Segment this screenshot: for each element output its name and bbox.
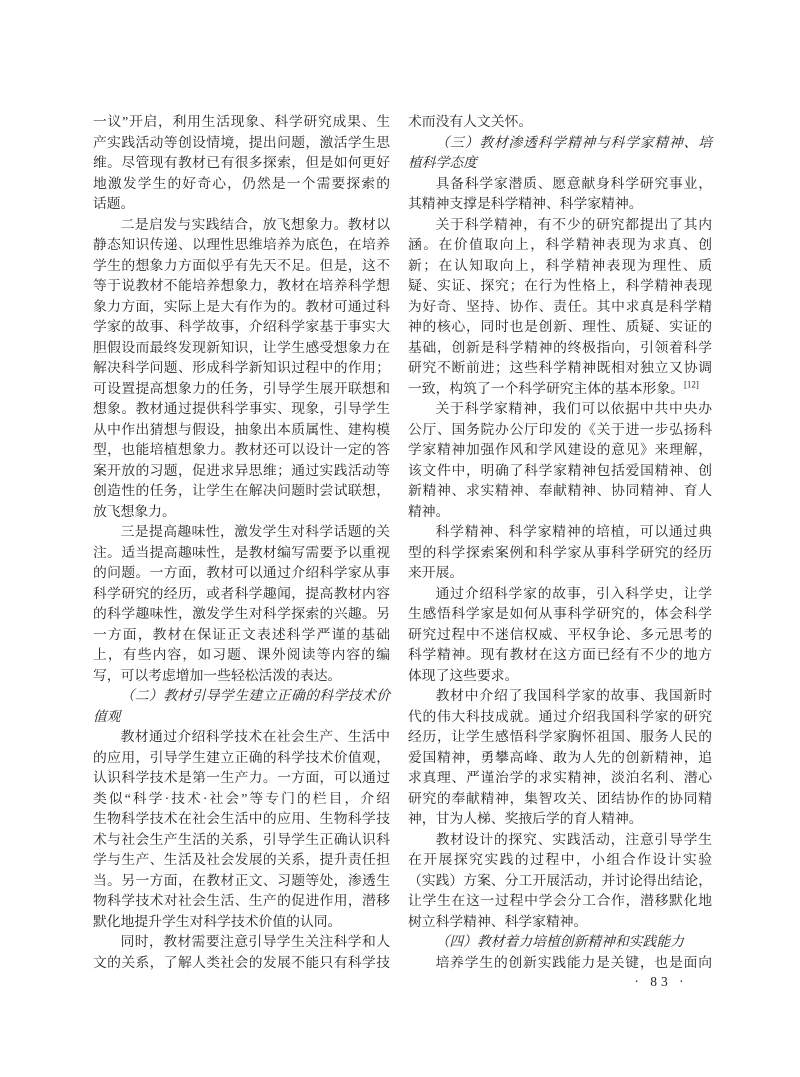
left-column: 一议”开启，利用生活现象、科学研究成果、生产实践活动等创设情境，提出问题，激活学… [93, 112, 390, 973]
text-line: 体现了这些要求。 [408, 666, 712, 687]
text-line: 类似“科学·技术·社会”等专门的栏目，介绍 [93, 789, 390, 810]
text-line: 新；在认知取向上，科学精神表现为理性、质 [408, 256, 712, 277]
text-line: 一方面，教材在保证正文表述科学严谨的基础 [93, 625, 390, 646]
text-line: 型，也能培植想象力。教材还可以设计一定的答 [93, 440, 390, 461]
text-line: 三是提高趣味性，激发学生对科学话题的关 [93, 522, 390, 543]
text-line: 科学研究的经历，或者科学趣闻，提高教材内容 [93, 584, 390, 605]
text-line: 爱国精神，勇攀高峰、敢为人先的创新精神，追 [408, 748, 712, 769]
text-line: 学家的故事、科学故事，介绍科学家基于事实大 [93, 317, 390, 338]
text-line: 同时，教材需要注意引导学生关注科学和人 [93, 932, 390, 953]
text-line: 当。另一方面，在教材正文、习题等处，渗透生 [93, 871, 390, 892]
text-line: 注。适当提高趣味性，是教材编写需要予以重视 [93, 543, 390, 564]
text-line: 精神。 [408, 502, 712, 523]
text-line: 学与生产、生活及社会发展的关系，提升责任担 [93, 850, 390, 871]
text-line: 等于说教材不能培养想象力，教材在培养科学想 [93, 276, 390, 297]
text-line: 通过介绍科学家的故事，引入科学史，让学 [408, 584, 712, 605]
text-line: 培养学生的创新实践能力是关键，也是面向 [408, 953, 712, 974]
text-line: 话题。 [93, 194, 390, 215]
text-line: 科学精神。现有教材在这方面已经有不少的地方 [408, 645, 712, 666]
text-line: 疑、实证、探究；在行为性格上，科学精神表现 [408, 276, 712, 297]
heading-line: （三）教材渗透科学精神与科学家精神、培 [408, 133, 712, 154]
text-line: 来开展。 [408, 563, 712, 584]
text-line: 公厅、国务院办公厅印发的《关于进一步弘扬科 [408, 420, 712, 441]
heading-line: （二）教材引导学生建立正确的科学技术价 [93, 686, 390, 707]
text-line: 物科学技术对社会生活、生产的促进作用，潜移 [93, 891, 390, 912]
text-line: 神的核心，同时也是创新、理性、质疑、实证的 [408, 317, 712, 338]
text-line: 二是启发与实践结合，放飞想象力。教材以 [93, 215, 390, 236]
text-line: 学家精神加强作风和学风建设的意见》来理解， [408, 440, 712, 461]
page-number: · 83 · [615, 972, 707, 992]
text-line: 的问题。一方面，教材可以通过介绍科学家从事 [93, 563, 390, 584]
text-line: 写，可以考虑增加一些轻松活泼的表达。 [93, 666, 390, 687]
text-line: 其精神支撑是科学精神、科学家精神。 [408, 194, 712, 215]
text-line: 创造性的任务，让学生在解决问题时尝试联想， [93, 481, 390, 502]
text-line: 放飞想象力。 [93, 502, 390, 523]
text-line: 案开放的习题，促进求异思维；通过实践活动等 [93, 461, 390, 482]
text-line: 树立科学精神、科学家精神。 [408, 912, 712, 933]
text-line: 的应用，引导学生建立正确的科学技术价值观， [93, 748, 390, 769]
text-line: 一议”开启，利用生活现象、科学研究成果、生 [93, 112, 390, 133]
right-column: 术而没有人文关怀。（三）教材渗透科学精神与科学家精神、培植科学态度具备科学家潜质… [408, 112, 712, 973]
text-line: 维。尽管现有教材已有很多探索，但是如何更好 [93, 153, 390, 174]
text-line: 研究不断前进；这些科学精神既相对独立又协调 [408, 358, 712, 379]
text-line: 的科学趣味性，激发学生对科学探索的兴趣。另 [93, 604, 390, 625]
text-line: 神，甘为人梯、奖掖后学的育人精神。 [408, 809, 712, 830]
text-line: 新精神、求实精神、奉献精神、协同精神、育人 [408, 481, 712, 502]
text-line: 代的伟大科技成就。通过介绍我国科学家的研究 [408, 707, 712, 728]
text-line: 地激发学生的好奇心，仍然是一个需要探索的 [93, 174, 390, 195]
text-line: 产实践活动等创设情境，提出问题，激活学生思 [93, 133, 390, 154]
text-line: 胆假设而最终发现新知识，让学生感受想象力在 [93, 338, 390, 359]
document-page: 一议”开启，利用生活现象、科学研究成果、生产实践活动等创设情境，提出问题，激活学… [0, 0, 800, 1077]
text-line: 生感悟科学家是如何从事科学研究的，体会科学 [408, 604, 712, 625]
text-line: 教材设计的探究、实践活动，注意引导学生 [408, 830, 712, 851]
text-line: 让学生在这一过程中学会分工合作，潜移默化地 [408, 891, 712, 912]
text-line: （实践）方案、分工开展活动，并讨论得出结论， [408, 871, 712, 892]
text-line: 在开展探究实践的过程中，小组合作设计实验 [408, 850, 712, 871]
text-line: 静态知识传递、以理性思维培养为底色，在培养 [93, 235, 390, 256]
heading-line: 值观 [93, 707, 390, 728]
heading-line: （四）教材着力培植创新精神和实践能力 [408, 932, 712, 953]
text-line: 文的关系，了解人类社会的发展不能只有科学技 [93, 953, 390, 974]
text-line: 生物科学技术在社会生活中的应用、生物科学技 [93, 809, 390, 830]
text-line: 型的科学探索案例和科学家从事科学研究的经历 [408, 543, 712, 564]
text-line: 从中作出猜想与假设，抽象出本质属性、建构模 [93, 420, 390, 441]
text-line: 科学精神、科学家精神的培植，可以通过典 [408, 522, 712, 543]
text-line: 学生的想象力方面似乎有先天不足。但是，这不 [93, 256, 390, 277]
text-line: 该文件中，明确了科学家精神包括爱国精神、创 [408, 461, 712, 482]
text-line: 可设置提高想象力的任务，引导学生展开联想和 [93, 379, 390, 400]
text-line: 教材通过介绍科学技术在社会生产、生活中 [93, 727, 390, 748]
text-line: 想象。教材通过提供科学事实、现象，引导学生 [93, 399, 390, 420]
text-line: 涵。在价值取向上，科学精神表现为求真、创 [408, 235, 712, 256]
text-line: 一致，构筑了一个科学研究主体的基本形象。[12] [408, 379, 712, 400]
heading-line: 植科学态度 [408, 153, 712, 174]
text-line: 术而没有人文关怀。 [408, 112, 712, 133]
text-line: 为好奇、坚持、协作、责任。其中求真是科学精 [408, 297, 712, 318]
text-line: 研究过程中不迷信权威、平权争论、多元思考的 [408, 625, 712, 646]
text-line: 默化地提升学生对科学技术价值的认同。 [93, 912, 390, 933]
citation-reference: [12] [684, 379, 699, 389]
text-line: 求真理、严谨治学的求实精神，淡泊名利、潜心 [408, 768, 712, 789]
text-line: 关于科学精神，有不少的研究都提出了其内 [408, 215, 712, 236]
text-line: 术与社会生产生活的关系，引导学生正确认识科 [93, 830, 390, 851]
text-line: 象力方面，实际上是大有作为的。教材可通过科 [93, 297, 390, 318]
text-line: 关于科学家精神，我们可以依据中共中央办 [408, 399, 712, 420]
text-line: 教材中介绍了我国科学家的故事、我国新时 [408, 686, 712, 707]
text-line: 基础，创新是科学精神的终极指向，引领着科学 [408, 338, 712, 359]
text-line: 经历，让学生感悟科学家胸怀祖国、服务人民的 [408, 727, 712, 748]
text-line: 解决科学问题、形成科学新知识过程中的作用； [93, 358, 390, 379]
text-line: 上，有些内容，如习题、课外阅读等内容的编 [93, 645, 390, 666]
text-line: 具备科学家潜质、愿意献身科学研究事业， [408, 174, 712, 195]
text-line: 研究的奉献精神，集智攻关、团结协作的协同精 [408, 789, 712, 810]
text-line: 认识科学技术是第一生产力。一方面，可以通过 [93, 768, 390, 789]
